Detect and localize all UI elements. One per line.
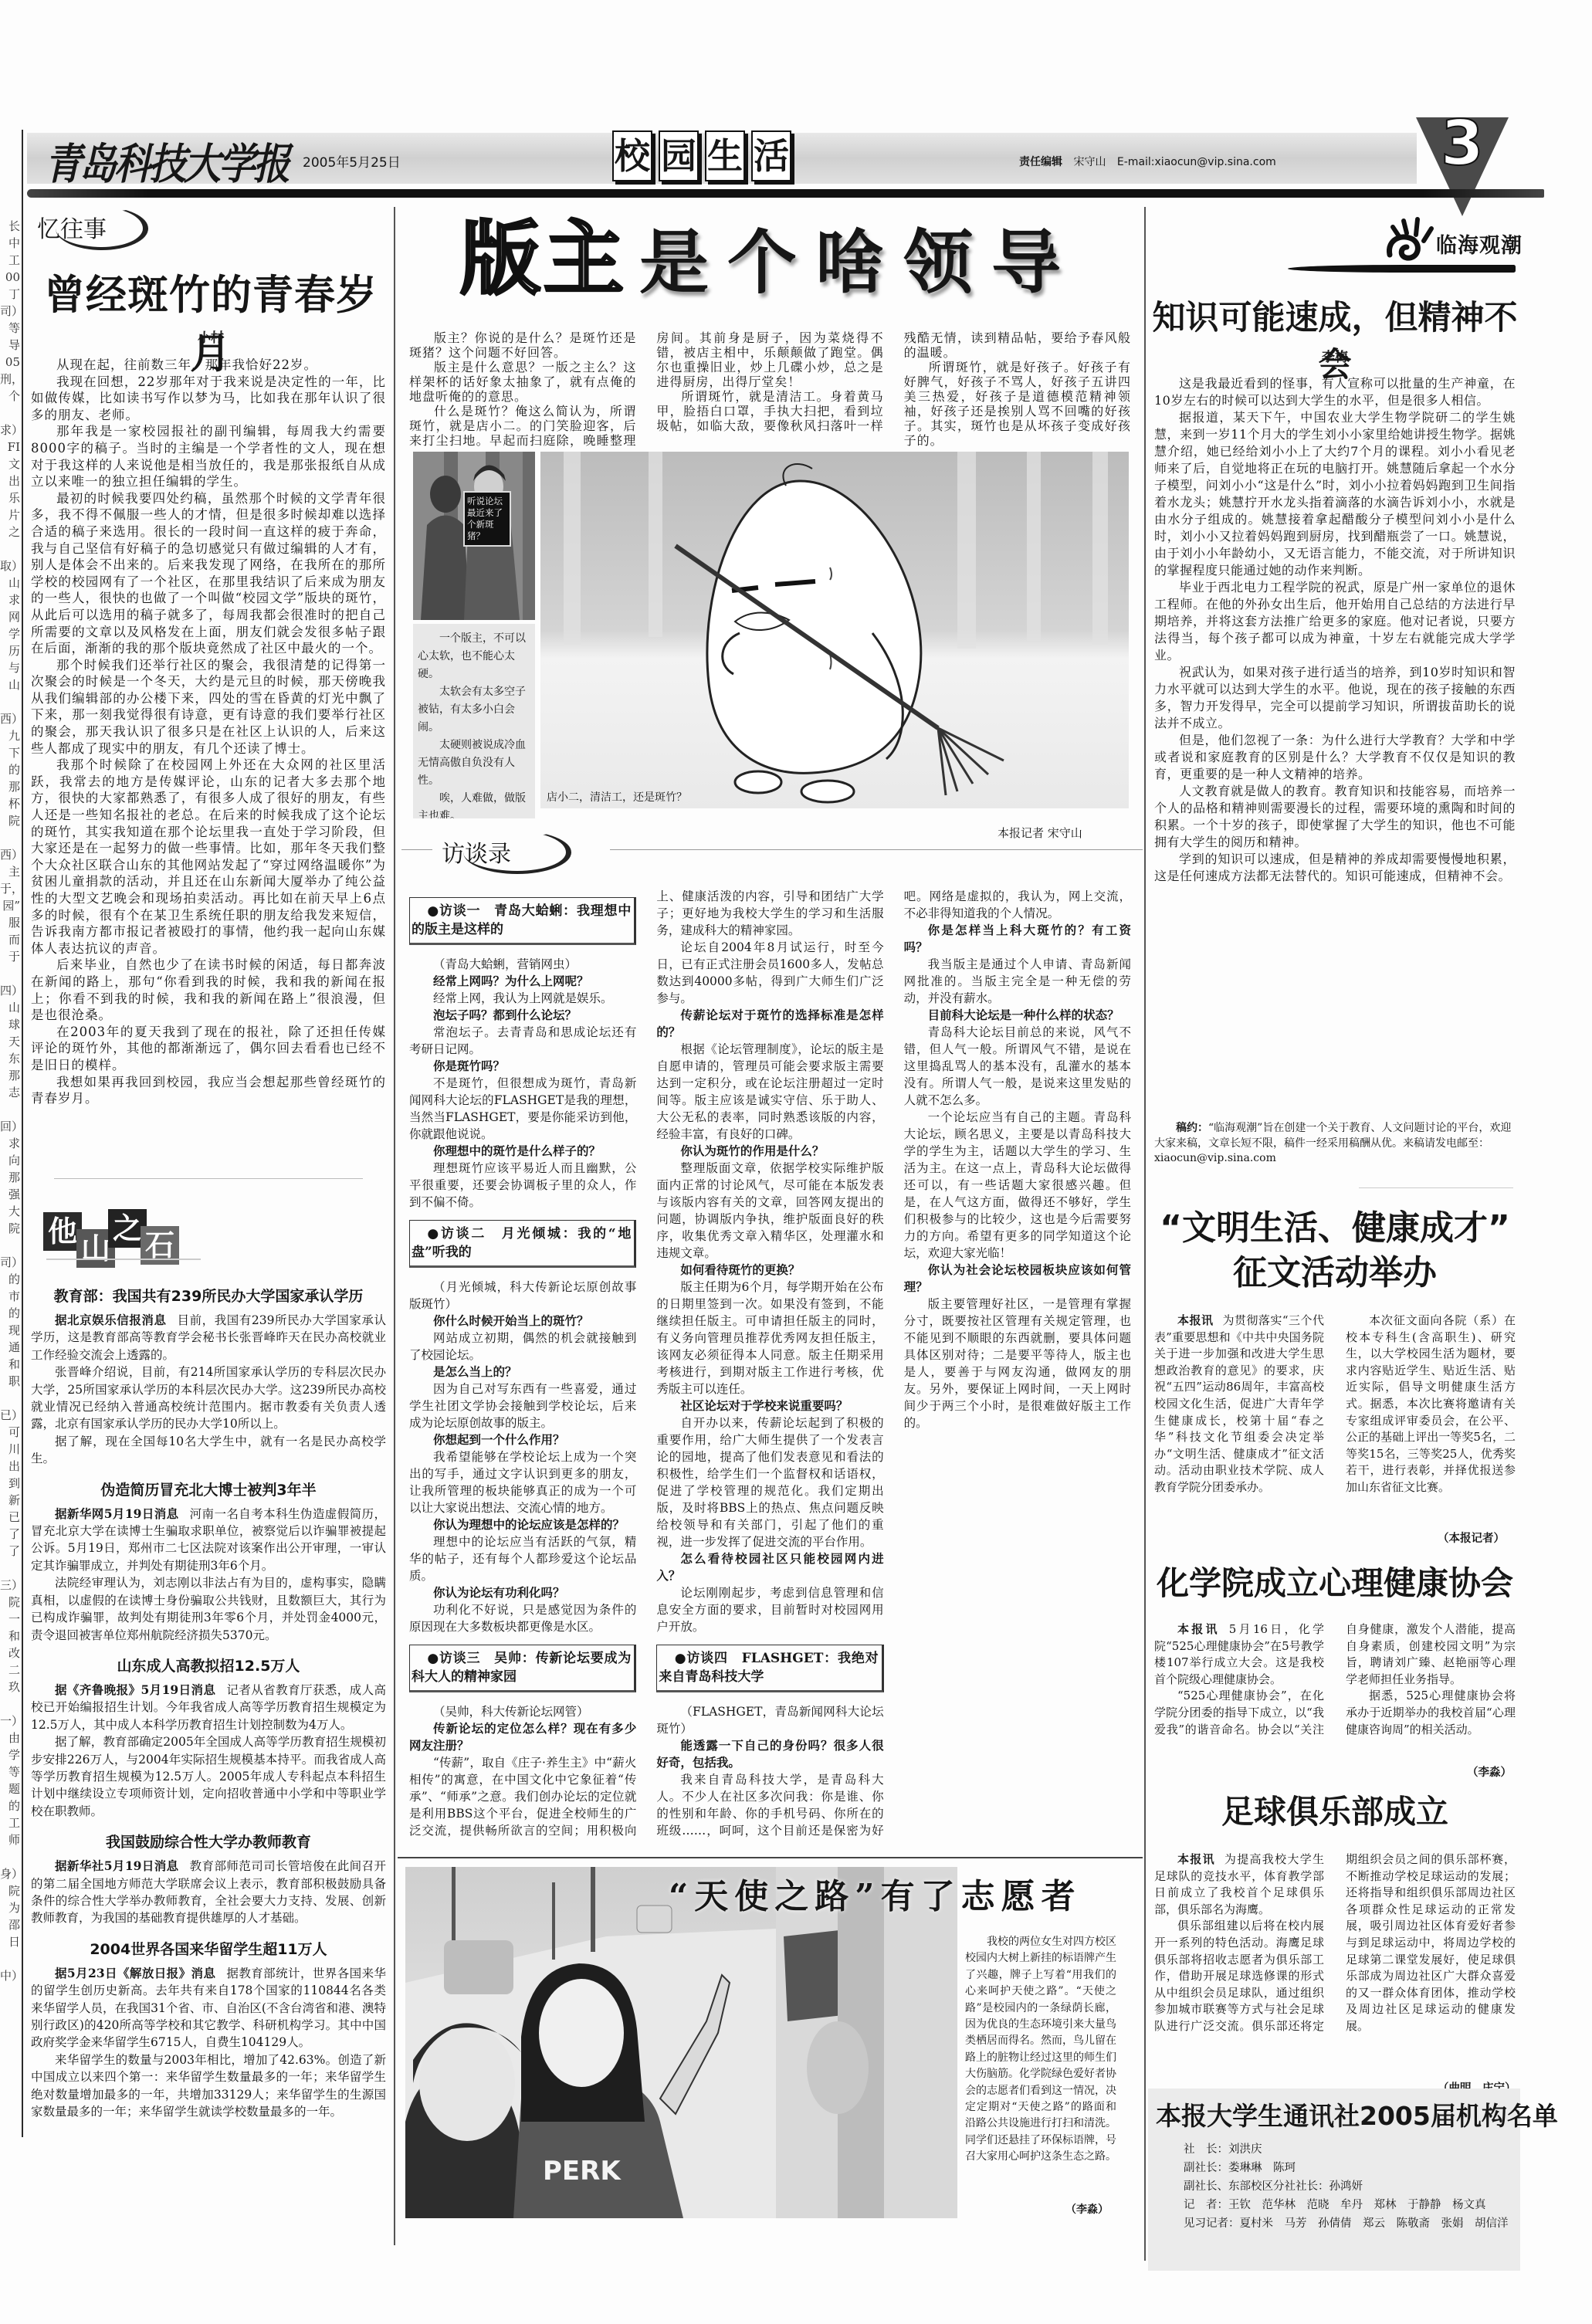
football-club-body: 本报讯为提高我校大学生足球队的竞技水平，体育教学部日前成立了我校首个足球俱乐部，… xyxy=(1154,1851,1516,2083)
digest-lead-paragraph: 据新华网5月19日消息河南一名自考本科生伪造虚假简历，冒充北京大学在读博士生骗取… xyxy=(31,1506,386,1575)
credit: （本报记者） xyxy=(1438,1530,1505,1546)
dateline: 本报讯 xyxy=(1177,1852,1215,1866)
org-list: 社 长：刘洪庆副社长：娄琳琳 陈珂副社长、东部校区分社社长：孙鸿妍记 者：王钦 … xyxy=(1184,2140,1512,2233)
divider xyxy=(398,1857,1143,1858)
interview-line: 你是斑竹吗？ xyxy=(409,1058,636,1075)
bleed-fragment: 为 xyxy=(0,1899,20,1916)
headline-brush-part: 是个啥领导 xyxy=(639,222,1079,303)
bleed-fragment: 职 xyxy=(0,1373,20,1390)
paragraph: 来华留学生的数量与2003年相比，增加了42.63%。创造了新中国成立以来四个第… xyxy=(31,2051,386,2121)
paragraph: 我想如果再我回到校园，我应当会想起那些曾经斑竹的青春岁月。 xyxy=(31,1074,386,1107)
bleed-fragment: 于， xyxy=(0,880,20,897)
volunteers-photo: PERK xyxy=(405,1867,957,2218)
interview-line: 自开办以来，传薪论坛起到了积极的重要作用，给广大师生提供了一个发表言论的园地，提… xyxy=(656,1414,883,1550)
bleed-fragment: 服 xyxy=(0,914,20,931)
penguin-cartoon xyxy=(540,452,1129,808)
bleed-fragment: 园” xyxy=(0,897,20,914)
section-title: 校 园 生 活 xyxy=(612,130,791,181)
opinion-byline: 李梅 xyxy=(1150,346,1519,365)
interview-line: 根据《论坛管理制度》，论坛的版主是自愿申请的，管理员可能会要求版主需要达到一定积… xyxy=(656,1041,883,1143)
paragraph: 据了解，现在全国每10名大学生中，就有一名是民办高校学生。 xyxy=(31,1433,386,1468)
paragraph: 毕业于西北电力工程学院的祝武，原是广州一家单位的退休工程师。在他的外孙女出生后，… xyxy=(1154,579,1516,664)
interview-line: 你认为论坛有功利化吗？ xyxy=(409,1584,636,1601)
dateline: 本报讯 xyxy=(1177,1622,1220,1636)
bleed-fragment: 工 xyxy=(0,252,20,269)
issue-date: 2005年5月25日 xyxy=(303,151,401,171)
headline-line: “文明生活、健康成才” xyxy=(1150,1206,1519,1251)
psych-assoc-headline: 化学院成立心理健康协会 xyxy=(1150,1561,1519,1606)
bleed-fragment: 中 xyxy=(0,235,20,252)
editor-info: 责任编辑 宋守山 E-mail:xiaocun@vip.sina.com xyxy=(1019,154,1284,169)
interview-line: 你认为斑竹的作用是什么？ xyxy=(656,1143,883,1160)
bleed-fragment xyxy=(0,1696,20,1713)
interview-line: 论坛自2004年8月试运行，时至今日，已有正式注册会员1600多人，发帖总数达到… xyxy=(656,939,883,1007)
bleed-fragment: 东 xyxy=(0,1050,20,1067)
speech-caption: 听说论坛最近来了个新斑猪？ xyxy=(463,491,511,547)
org-list-title: 本报大学生通讯社2005届机构名单 xyxy=(1156,2096,1512,2133)
bleed-fragment: 司） xyxy=(0,1254,20,1271)
interview-line: 因为自己对写东西有一些喜爱，通过学生社团文学协会接触到学校论坛，后来成为论坛原创… xyxy=(409,1381,636,1431)
lead-paragraph: 本报讯5月16日，化学院“525心理健康协会”在5号教学楼107举行成立大会。这… xyxy=(1154,1621,1324,1688)
call-for-papers: 稿约：“临海观潮”旨在创建一个关于教育、人文问题讨论的平台，欢迎大家来稿，文章长… xyxy=(1154,1121,1516,1167)
bleed-fragment: 山 xyxy=(0,676,20,693)
bleed-fragment: 乐 xyxy=(0,490,20,506)
credit: （李淼） xyxy=(1467,1763,1512,1780)
section-title-char: 生 xyxy=(705,130,745,181)
digest-article: 教育部：我国共有239所民办大学国家承认学历 据北京娱乐信报消息目前，我国有23… xyxy=(31,1285,386,1468)
bleed-fragment: 那 xyxy=(0,1169,20,1186)
feature-headline: 版主是个啥领导 xyxy=(460,213,1079,306)
bleed-fragment: 邵 xyxy=(0,1916,20,1933)
bleed-fragment: 求 xyxy=(0,1135,20,1152)
column-label-memories: 忆往事 xyxy=(37,219,107,242)
angel-road-credit: （李淼） xyxy=(1065,2201,1109,2217)
dateline: 据5月23日《解放日报》消息 xyxy=(55,1966,215,1980)
masthead: 青岛科技大学报 xyxy=(45,130,288,191)
bleed-fragment: 院 xyxy=(0,812,20,829)
bleed-fragment: 院 xyxy=(0,1594,20,1611)
divider xyxy=(54,1178,363,1179)
interview-line: 经常上网，我认为上网就是娱乐。 xyxy=(409,990,636,1007)
opinion-headline: 知识可能速成，但精神不会 xyxy=(1150,292,1519,386)
cartoon-caption: 店小二，清洁工，还是斑竹？ xyxy=(547,789,687,805)
interview-line: 功利化不好说，只是感觉因为条件的原因现在大多数板块都更像是水区。 xyxy=(409,1601,636,1635)
paragraph: 我那个时候除了在校园网上外还在大众网的社区里活跃，我常去的地方是传媒评论，山东的… xyxy=(31,757,386,957)
digest-headline: 山东成人高教拟招12.5万人 xyxy=(31,1655,386,1675)
interview-line: 常泡坛子。去青青岛和思成论坛还有考研日记网。 xyxy=(409,1024,636,1058)
interview-line: 论坛刚刚起步，考虑到信息管理和信息安全方面的要求，目前暂时对校园网用户开放。 xyxy=(656,1584,883,1635)
digest-headline: 2004世界各国来华留学生超11万人 xyxy=(31,1938,386,1959)
bleed-fragment: 山 xyxy=(0,574,20,591)
bleed-fragment: 那 xyxy=(0,1067,20,1084)
interview-line: 泡坛子吗？都到什么论坛？ xyxy=(409,1007,636,1024)
photo-image: PERK xyxy=(405,1867,957,2218)
bleed-fragment: 网 xyxy=(0,608,20,625)
interview-line: ●访谈一 青岛大蛤蜊：我理想中的版主是这样的 xyxy=(409,897,636,945)
dateline: 据新华社5月19日消息 xyxy=(55,1858,179,1873)
bleed-fragment: 西） xyxy=(0,710,20,727)
reporter-byline: 本报记者 宋守山 xyxy=(998,825,1082,841)
digest-headline: 伪造简历冒充北大博士被判3年半 xyxy=(31,1479,386,1499)
digest-paragraphs: 张晋峰介绍说，目前，有214所国家承认学历的专科层次民办大学，25所国家承认学历… xyxy=(31,1364,386,1467)
bleed-fragment: 现 xyxy=(0,1322,20,1339)
bleed-fragment: 刑， xyxy=(0,371,20,388)
interview-line: 传薪论坛对于斑竹的选择标准是怎样的？ xyxy=(656,1007,883,1041)
bleed-fragment: 学 xyxy=(0,625,20,642)
interview-section: ●访谈一 青岛大蛤蜊：我理想中的版主是这样的（青岛大蛤蜊，营销网虫）经常上网吗？… xyxy=(409,888,1131,1851)
call-label: 稿约： xyxy=(1176,1122,1208,1134)
dateline: 本报讯 xyxy=(1177,1313,1213,1327)
bleed-fragment: 一） xyxy=(0,1713,20,1729)
interview-line: 你是怎样当上科大斑竹的？有工资吗？ xyxy=(904,922,1131,956)
paragraph: 据悉，525心理健康协会将承办于近期举办的我校首届“心理健康咨询周”的相关活动。 xyxy=(1346,1688,1516,1738)
org-list-row: 记 者：王钦 范华林 范晓 牟丹 郑林 于静静 杨文真 xyxy=(1184,2196,1512,2214)
left-column-divider xyxy=(394,207,395,2245)
digest-lead-paragraph: 据《齐鲁晚报》5月19日消息记者从省教育厅获悉，成人高校已开始编报招生计划。今年… xyxy=(31,1682,386,1733)
wave-hand-icon xyxy=(1384,216,1434,267)
digest-lead-paragraph: 据新华社5月19日消息教育部师范司司长管培俊在此间召开的第二届全国地方师范大学联… xyxy=(31,1858,386,1927)
bleed-fragment xyxy=(0,1950,20,1967)
interview-line: 经常上网吗？为什么上网呢？ xyxy=(409,973,636,990)
interview-label: 访谈录 xyxy=(442,843,511,866)
bleed-fragment: FI xyxy=(0,439,20,456)
paragraph: 所谓斑竹，就是好孩子。好孩子有好脾气，好孩子不骂人，好孩子五讲四美三热爱，好孩子… xyxy=(904,360,1131,448)
feature-intro: 版主？你说的是什么？是斑竹还是斑猪？这个问题不好回答。版主是什么意思？一版之主么… xyxy=(409,330,1131,449)
bleed-fragment: 等 xyxy=(0,1763,20,1780)
bleed-fragment: 杯 xyxy=(0,795,20,812)
bleed-fragment: 已） xyxy=(0,1407,20,1424)
paragraph: 最初的时候我要四处约稿，虽然那个时候的文学青年很多，我不得不佩服一些人的才情，但… xyxy=(31,490,386,657)
opinion-body: 这是我最近看到的怪事，有人宣称可以批量的生产神童，在10岁左右的时候可以达到大学… xyxy=(1154,375,1516,1107)
interview-line: （FLASHGET，青岛新闻网科大论坛斑竹） xyxy=(656,1703,883,1737)
bleed-fragment: 之 xyxy=(0,523,20,540)
bleed-fragment: 的 xyxy=(0,761,20,778)
bleed-fragment: 00 xyxy=(0,269,20,286)
bleed-fragment: 求） xyxy=(0,422,20,439)
interview-line: 版主要管理好社区，一是管理有掌握分寸，既要按社区管理有关规定管理，也不能见到不顺… xyxy=(904,1296,1131,1431)
bleed-fragment: 历 xyxy=(0,642,20,659)
right-column-divider xyxy=(1144,207,1146,2261)
digest-paragraphs: 法院经审理认为，刘志刚以非法占有为目的，虚构事实，隐瞒真相，以虚假的在读博士身份… xyxy=(31,1574,386,1644)
bleed-fragment: 丁 xyxy=(0,286,20,303)
paragraph: 后来毕业，自然也少了在读书时候的闲适，每日都奔波在新闻的路上，那句“你看到我的时… xyxy=(31,957,386,1023)
interview-line: 我当版主是通过个人申请、青岛新闻网批准的。当版主完全是一种无偿的劳动，并没有薪水… xyxy=(904,956,1131,1007)
bleed-fragment xyxy=(0,829,20,846)
news-digest: 教育部：我国共有239所民办大学国家承认学历 据北京娱乐信报消息目前，我国有23… xyxy=(31,1274,386,2248)
digest-headline: 我国鼓励综合性大学办教师教育 xyxy=(31,1831,386,1851)
bleed-fragment: 中） xyxy=(0,1967,20,1984)
paragraph: 法院经审理认为，刘志刚以非法占有为目的，虚构事实，隐瞒真相，以虚假的在读博士身份… xyxy=(31,1574,386,1644)
bleed-fragment: 和 xyxy=(0,1356,20,1373)
bleed-fragment: 而 xyxy=(0,931,20,948)
paragraph: 学到的知识可以速成，但是精神的养成却需要慢慢地积累，这是任何速成方法都无法替代的… xyxy=(1154,851,1516,885)
bleed-fragment: 天 xyxy=(0,1033,20,1050)
bleed-fragment: 主 xyxy=(0,863,20,880)
interview-line: 社区论坛对于学校来说重要吗？ xyxy=(656,1397,883,1414)
paragraph: 本次征文面向各院（系）在校本专科生(含高职生)、研究生，以大学校园生活为题材，要… xyxy=(1346,1313,1516,1496)
bleed-fragment xyxy=(0,1560,20,1577)
headline-line: 征文活动举办 xyxy=(1150,1251,1519,1296)
interview-line: 网站成立初期，偶然的机会就接触到了校园论坛。 xyxy=(409,1330,636,1364)
paragraph: 版主是什么意思？一版之主么？这样架杯的话好象太抽象了，就有点俺的地盘听俺的的意思… xyxy=(409,360,636,404)
editor-label: 责任编辑 xyxy=(1019,156,1062,168)
bleed-fragment: 出 xyxy=(0,473,20,490)
interview-line: ●访谈三 吴帅：传新论坛要成为科大人的精神家园 xyxy=(409,1645,636,1692)
divider xyxy=(1359,1187,1513,1188)
bleed-fragment: 取） xyxy=(0,557,20,574)
interview-line: 你想起到一个什么作用？ xyxy=(409,1431,636,1448)
digest-headline: 教育部：我国共有239所民办大学国家承认学历 xyxy=(31,1285,386,1306)
digest-article: 我国鼓励综合性大学办教师教育 据新华社5月19日消息教育部师范司司长管培俊在此间… xyxy=(31,1831,386,1927)
bleed-fragment: 玖 xyxy=(0,1679,20,1696)
bleed-fragment: 导 xyxy=(0,337,20,354)
article-body: 从现在起，往前数三年，那年我恰好22岁。我现在回想，22岁那年对于我来说是决定性… xyxy=(31,357,386,1167)
paragraph: 据了解，教育部确定2005年全国成人高等学历教育招生规模初步安排226万人，与2… xyxy=(31,1733,386,1820)
quote-line: 唉，人难做，做版主也难。 xyxy=(418,790,530,818)
lead-text: 为贯彻落实“三个代表”重要思想和《中共中央国务院关于进一步加强和改进大学生思想政… xyxy=(1154,1313,1324,1494)
bleed-fragment: 与 xyxy=(0,659,20,676)
paragraph: 那年我是一家校园报社的副刊编辑，每周我大约需要8000字的稿子。当时的主编是一个… xyxy=(31,423,386,490)
org-list-box: 本报大学生通讯社2005届机构名单 社 长：刘洪庆副社长：娄琳琳 陈珂副社长、东… xyxy=(1148,2089,1520,2271)
paragraph: 那个时候我们还举行社区的聚会，我很清楚的记得第一次聚会的时候是一个冬天，大约是元… xyxy=(31,657,386,757)
column-label-seaside: 临海观潮 xyxy=(1436,229,1523,259)
org-list-row: 副社长、东部校区分社社长：孙鸿妍 xyxy=(1184,2177,1512,2196)
bleed-fragment: 二 xyxy=(0,1662,20,1679)
bleed-fragment: 强 xyxy=(0,1186,20,1203)
bleed-fragment: 到 xyxy=(0,1475,20,1492)
paragraph: 我现在回想，22岁那年对于我来说是决定性的一年，比如做传媒，比如读书写作以梦为马… xyxy=(31,374,386,424)
lead-paragraph: 本报讯为贯彻落实“三个代表”重要思想和《中共中央国务院关于进一步加强和改进大学生… xyxy=(1154,1313,1324,1496)
bleed-fragment: 向 xyxy=(0,1152,20,1169)
bleed-fragment: 师 xyxy=(0,1831,20,1848)
paragraph: 张晋峰介绍说，目前，有214所国家承认学历的专科层次民办大学，25所国家承认学历… xyxy=(31,1364,386,1433)
bleed-fragment: 院 xyxy=(0,1220,20,1237)
brush-stroke-divider xyxy=(1288,265,1516,273)
bleed-fragment: 文 xyxy=(0,456,20,473)
bleed-fragment: 回） xyxy=(0,1118,20,1135)
digest-paragraphs: 据了解，教育部确定2005年全国成人高等学历教育招生规模初步安排226万人，与2… xyxy=(31,1733,386,1820)
bleed-fragment: 了 xyxy=(0,1526,20,1543)
interview-line: 怎么看待校园社区只能校园网内进入？ xyxy=(656,1550,883,1584)
call-text: “临海观潮”旨在创建一个关于教育、人文问题讨论的平台，欢迎大家来稿，文章长短不限… xyxy=(1154,1122,1511,1164)
bleed-fragment: 等 xyxy=(0,320,20,337)
digest-paragraphs: 来华留学生的数量与2003年相比，增加了42.63%。创造了新中国成立以来四个第… xyxy=(31,2051,386,2121)
digest-lead-paragraph: 据北京娱乐信报消息目前，我国有239所民办大学国家承认学历，这是教育部高等教育学… xyxy=(31,1312,386,1364)
interview-line: 你认为社会论坛校园板块应该如何管理？ xyxy=(904,1262,1131,1296)
bleed-fragment: 的 xyxy=(0,1305,20,1322)
org-list-row: 副社长：娄琳琳 陈珂 xyxy=(1184,2159,1512,2177)
editor-email: E-mail:xiaocun@vip.sina.com xyxy=(1117,156,1276,168)
psych-assoc-body: 本报讯5月16日，化学院“525心理健康协会”在5号教学楼107举行成立大会。这… xyxy=(1154,1621,1516,1763)
bleed-fragment: 工 xyxy=(0,1814,20,1831)
quote-line: 太软会有太多空子被钻，有太多小白会闹。 xyxy=(418,683,530,737)
bleed-fragment: 题 xyxy=(0,1780,20,1797)
section-title-char: 活 xyxy=(751,130,791,181)
interview-line: 传新论坛的定位怎么样？现在有多少网友注册？ xyxy=(409,1720,636,1754)
section-title-char: 校 xyxy=(612,130,652,181)
bleed-fragment xyxy=(0,1237,20,1254)
org-list-row: 社 长：刘洪庆 xyxy=(1184,2140,1512,2159)
bleed-fragment: 出 xyxy=(0,1458,20,1475)
article-byline: 小村 xyxy=(29,327,392,346)
bleed-fragment: 片 xyxy=(0,506,20,523)
interview-line: 你认为理想中的论坛应该是怎样的？ xyxy=(409,1516,636,1533)
angel-road-text: 我校的两位女生对四方校区校园内大树上新挂的标语牌产生了兴趣，牌子上写着“用我们的… xyxy=(965,1934,1116,2166)
bleed-fragment: 大 xyxy=(0,1203,20,1220)
interview-line: 版主任期为6个月，每学期开始在公布的日期里签到一次。如果没有签到，不能继续担任版… xyxy=(656,1279,883,1397)
interview-line: 不是斑竹，但很想成为斑竹，青岛新闻网科大论坛的FLASHGET是我的理想，当然当… xyxy=(409,1075,636,1143)
bleed-fragment: 05 xyxy=(0,354,20,371)
interview-line: 我希望能够在学校论坛上成为一个突出的写手，通过文字认识到更多的朋友，让我所管理的… xyxy=(409,1448,636,1516)
paragraph: 从现在起，往前数三年，那年我恰好22岁。 xyxy=(31,357,386,374)
bleed-fragment: 三） xyxy=(0,1577,20,1594)
interview-line: 能透露一下自己的身份吗？很多人很好奇，包括我。 xyxy=(656,1737,883,1771)
bleed-fragment xyxy=(0,1848,20,1865)
paragraphs: 本次征文面向各院（系）在校本专科生(含高职生)、研究生，以大学校园生活为题材，要… xyxy=(1346,1313,1516,1496)
interview-line: ●访谈四 FLASHGET：我绝对来自青岛科技大学 xyxy=(656,1645,883,1692)
editor-name: 宋守山 xyxy=(1073,156,1106,168)
interview-line: 理想中的论坛应当有活跃的气氛，精华的帖子，还有每个人都珍爱这个论坛品质。 xyxy=(409,1533,636,1584)
interview-line: 青岛科大论坛目前总的来说，风气不错，但人气一般。所谓风气不错，是说在这里捣乱骂人… xyxy=(904,1024,1131,1109)
lead-paragraph: 本报讯为提高我校大学生足球队的竞技水平，体育教学部日前成立了我校首个足球俱乐部，… xyxy=(1154,1851,1324,1918)
bleed-fragment xyxy=(0,405,20,422)
bleed-fragment: 志 xyxy=(0,1084,20,1101)
interview-line: 你什么时候开始当上的斑竹？ xyxy=(409,1313,636,1330)
digest-article: 2004世界各国来华留学生超11万人 据5月23日《解放日报》消息据教育部统计，… xyxy=(31,1938,386,2121)
bleed-fragment: 九 xyxy=(0,727,20,744)
bleed-fragment xyxy=(0,1101,20,1118)
bleed-fragment: 可 xyxy=(0,1424,20,1441)
quote-line: 太硬则被说成冷血无情高傲自负没有人性。 xyxy=(418,737,530,790)
bleed-fragment: 了 xyxy=(0,1543,20,1560)
dateline: 据《齐鲁晚报》5月19日消息 xyxy=(55,1682,215,1697)
bleed-fragment: 新 xyxy=(0,1492,20,1509)
page-number: 3 xyxy=(1441,113,1484,174)
bleed-fragment: 改 xyxy=(0,1645,20,1662)
bleed-fragment: 已 xyxy=(0,1509,20,1526)
bleed-fragment: 院 xyxy=(0,1882,20,1899)
bleed-fragment: 求 xyxy=(0,591,20,608)
bleed-fragment: 和 xyxy=(0,1628,20,1645)
bleed-fragment xyxy=(0,965,20,982)
digest-article: 伪造简历冒充北大博士被判3年半 据新华网5月19日消息河南一名自考本科生伪造虚假… xyxy=(31,1479,386,1644)
header-rule xyxy=(27,189,1544,198)
org-list-row: 见习记者：夏村米 马芳 孙倩倩 郑云 陈敬斋 张娟 胡信洋 xyxy=(1184,2214,1512,2233)
interview-line: 如何看待斑竹的更换？ xyxy=(656,1262,883,1279)
bleed-fragment: 市 xyxy=(0,1288,20,1305)
left-page-border xyxy=(22,130,23,2137)
bleed-fragment: 西） xyxy=(0,846,20,863)
paragraph: 但是，他们忽视了一条：为什么进行大学教育？大学和中学或者说和家庭教育的区别是什么… xyxy=(1154,732,1516,783)
interview-line: 你理想中的斑竹是什么样子的？ xyxy=(409,1143,636,1160)
bleed-fragment xyxy=(0,540,20,557)
bleed-fragment: 山 xyxy=(0,999,20,1016)
headline-outline-part: 版主 xyxy=(460,212,627,306)
digest-article: 山东成人高教拟招12.5万人 据《齐鲁晚报》5月19日消息记者从省教育厅获悉，成… xyxy=(31,1655,386,1820)
bleed-fragment: 长 xyxy=(0,218,20,235)
bleed-fragment: 学 xyxy=(0,1746,20,1763)
bleed-fragment: 通 xyxy=(0,1339,20,1356)
shirt-text: PERK xyxy=(543,2156,622,2187)
interview-line: 是怎么当上的？ xyxy=(409,1364,636,1381)
football-club-headline: 足球俱乐部成立 xyxy=(1150,1790,1519,1834)
interview-line: （青岛大蛤蜊，营销网虫） xyxy=(409,956,636,973)
bleed-fragment: 球 xyxy=(0,1016,20,1033)
bleed-fragment: 下 xyxy=(0,744,20,761)
bleed-fragment: 一 xyxy=(0,1611,20,1628)
digest-lead-paragraph: 据5月23日《解放日报》消息据教育部统计，世界各国来华的留学生创历史新高。去年共… xyxy=(31,1965,386,2051)
bleed-fragment xyxy=(0,1390,20,1407)
angel-road-headline: “天使之路”有了志愿者 xyxy=(669,1868,1082,1918)
paragraph: 据报道，某天下午，中国农业大学生物学院研二的学生姚慧，来到一岁11个月大的学生刘… xyxy=(1154,409,1516,579)
bleed-fragment xyxy=(0,693,20,710)
bleed-fragment: 川 xyxy=(0,1441,20,1458)
interview-line: 目前科大论坛是一种什么样的状态？ xyxy=(904,1007,1131,1024)
section-title-char: 园 xyxy=(659,130,699,181)
bleed-fragment: 那 xyxy=(0,778,20,795)
essay-contest-body: 本报讯为贯彻落实“三个代表”重要思想和《中共中央国务院关于进一步加强和改进大学生… xyxy=(1154,1313,1516,1530)
bleed-fragment: 于 xyxy=(0,948,20,965)
adjacent-page-bleed: 长中工00丁司）等导05刑，个求）FI文出乐片之取）山求网学历与山西）九下的那杯… xyxy=(0,218,20,2125)
cartoon-image xyxy=(540,452,1129,808)
paragraph: 版主？你说的是什么？是斑竹还是斑猪？这个问题不好回答。 xyxy=(409,330,636,360)
essay-contest-headline: “文明生活、健康成才” 征文活动举办 xyxy=(1150,1206,1519,1296)
interview-line: ●访谈二 月光倾城：我的“地盘”听我的 xyxy=(409,1220,636,1268)
paragraph: 祝武认为，如果对孩子进行适当的培养，到10岁时知识和智力水平就可以达到大学生的水… xyxy=(1154,664,1516,732)
label-underline xyxy=(46,1259,201,1260)
interview-line: （月光倾城，科大传新论坛原创故事版斑竹） xyxy=(409,1279,636,1313)
bleed-fragment: 身） xyxy=(0,1865,20,1882)
quote-box: 一个版主，不可以心太软，也不能心太硬。太软会有太多空子被钻，有太多小白会闹。太硬… xyxy=(413,624,535,818)
interview-line: 整理版面文章，依据学校实际维护版面内正常的讨论风气，尽可能在本版发表与该版内容有… xyxy=(656,1160,883,1262)
interview-line: （吴帅，科大传新论坛网管） xyxy=(409,1703,636,1720)
bleed-fragment: 的 xyxy=(0,1271,20,1288)
bleed-fragment: 由 xyxy=(0,1729,20,1746)
bleed-fragment: 四） xyxy=(0,982,20,999)
bleed-fragment: 日 xyxy=(0,1933,20,1950)
quote-line: 一个版主，不可以心太软，也不能心太硬。 xyxy=(418,630,530,683)
divider xyxy=(610,849,1143,850)
interview-line: 一个论坛应当有自己的主题。青岛科大论坛，顾名思义，主要是以青岛科技大学的学生为主… xyxy=(904,1109,1131,1262)
paragraph: 人文教育就是做人的教育。教育知识和技能容易，而培养一个人的品格和精神则需要漫长的… xyxy=(1154,783,1516,851)
dateline: 据新华网5月19日消息 xyxy=(55,1506,179,1521)
divider xyxy=(401,849,432,850)
paragraph: 这是我最近看到的怪事，有人宣称可以批量的生产神童，在10岁左右的时候可以达到大学… xyxy=(1154,375,1516,409)
bleed-fragment: 司） xyxy=(0,303,20,320)
bleed-fragment: 个 xyxy=(0,388,20,405)
paragraph: 在2003年的夏天我到了现在的报社，除了还担任传媒评论的斑竹外，其他的都渐渐远了… xyxy=(31,1024,386,1074)
interview-line: 理想斑竹应该平易近人而且幽默，公平很重要，还要会协调板子里的众人，作到不偏不倚。 xyxy=(409,1160,636,1211)
dateline: 据北京娱乐信报消息 xyxy=(55,1313,167,1327)
bleed-fragment: 的 xyxy=(0,1797,20,1814)
